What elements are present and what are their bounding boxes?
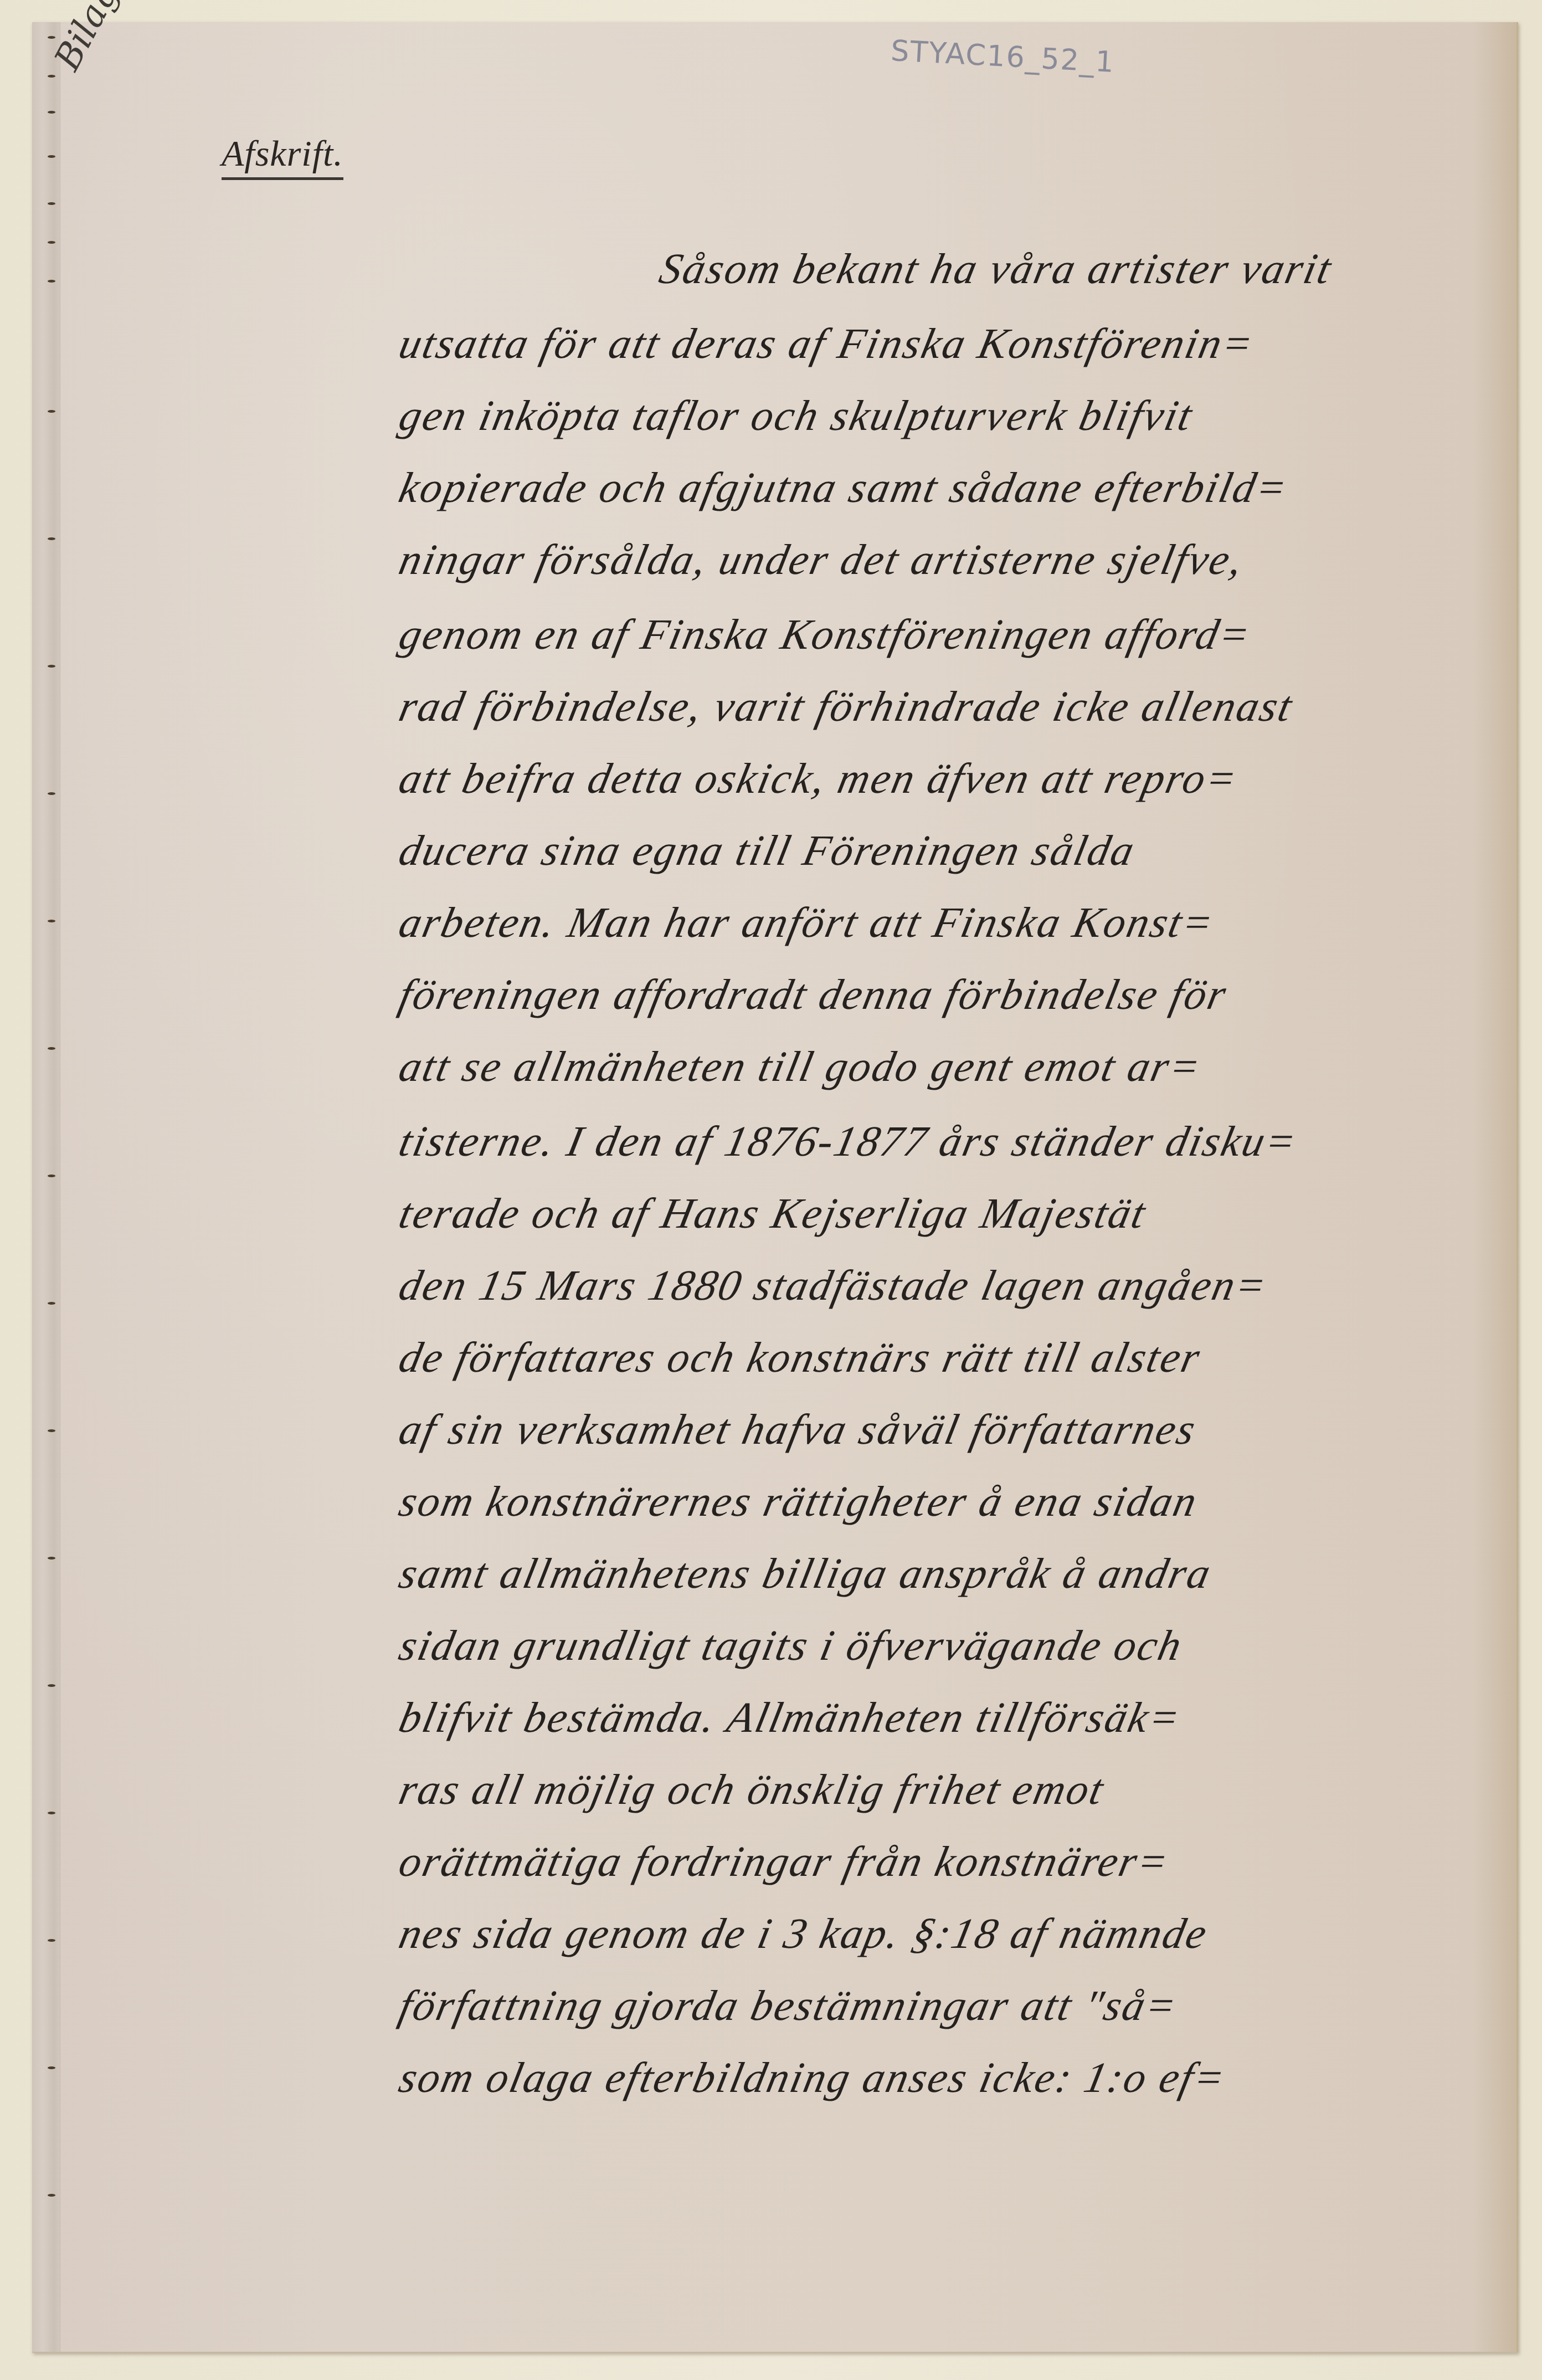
stitch-hole <box>48 410 55 413</box>
text-line: kopierade och afgjutna samt sådane efter… <box>388 463 1293 546</box>
stitch-hole <box>48 1429 55 1432</box>
stitch-hole <box>48 111 55 114</box>
text-line: föreningen affordradt denna förbindelse … <box>388 970 1232 1053</box>
stitch-hole <box>48 920 55 922</box>
text-line: de författares och konstnärs rätt till a… <box>388 1332 1206 1415</box>
text-line: att se allmänheten till godo gent emot a… <box>388 1042 1206 1125</box>
text-line: genom en af Finska Konstföreningen affor… <box>388 609 1256 693</box>
text-line: utsatta för att deras af Finska Konstför… <box>388 319 1259 402</box>
stitch-hole <box>48 75 55 78</box>
stitch-hole <box>48 1047 55 1050</box>
text-line: orättmätiga fordringar från konstnärer= <box>388 1837 1174 1920</box>
text-line: gen inköpta taflor och skulpturverk blif… <box>388 391 1198 474</box>
stitch-hole <box>48 1812 55 1814</box>
stitch-hole <box>48 280 55 283</box>
text-line: att beifra detta oskick, men äfven att r… <box>388 753 1243 837</box>
text-line: nes sida genom de i 3 kap. §:18 af nämnd… <box>388 1909 1212 1992</box>
stitch-hole <box>48 1174 55 1177</box>
stitch-hole <box>48 1684 55 1687</box>
text-line: ras all möjlig och önsklig frihet emot <box>388 1765 1109 1848</box>
text-line: sidan grundligt tagits i öfvervägande oc… <box>388 1620 1188 1704</box>
text-line: samt allmänhetens billiga anspråk å andr… <box>388 1548 1216 1632</box>
stitch-hole <box>48 1939 55 1942</box>
document-heading: Afskrift. <box>222 133 343 180</box>
text-line: terade och af Hans Kejserliga Majestät <box>388 1188 1152 1271</box>
text-line: af sin verksamhet hafva såväl författarn… <box>388 1404 1201 1487</box>
text-line: ducera sina egna till Föreningen sålda <box>388 825 1140 909</box>
binding-strip <box>32 22 60 2352</box>
stitch-hole <box>48 155 55 158</box>
stitch-hole <box>48 241 55 244</box>
stitch-hole <box>48 1557 55 1560</box>
text-line: blifvit bestämda. Allmänheten tillförsäk… <box>388 1692 1186 1776</box>
text-line: tisterne. I den af 1876-1877 års ständer… <box>388 1116 1302 1199</box>
stitch-hole <box>48 36 55 39</box>
text-line: som konstnärernes rättigheter å ena sida… <box>388 1476 1202 1560</box>
text-line: Såsom bekant ha våra artister varit <box>648 244 1337 327</box>
stitch-hole <box>48 2066 55 2069</box>
text-line: rad förbindelse, varit förhindrade icke … <box>388 681 1298 765</box>
text-line: arbeten. Man har anfört att Finska Konst… <box>388 897 1219 981</box>
text-line: författning gjorda bestämningar att "så= <box>388 1981 1183 2064</box>
stitch-hole <box>48 202 55 205</box>
stitch-hole <box>48 537 55 540</box>
stitch-hole <box>48 2194 55 2197</box>
text-line: den 15 Mars 1880 stadfästade lagen angåe… <box>388 1260 1272 1343</box>
stitch-hole <box>48 665 55 668</box>
text-line: ningar försålda, under det artisterne sj… <box>388 535 1248 618</box>
stitch-hole <box>48 1302 55 1305</box>
text-line: som olaga efterbildning anses icke: 1:o … <box>388 2053 1231 2136</box>
stitch-hole <box>48 792 55 795</box>
